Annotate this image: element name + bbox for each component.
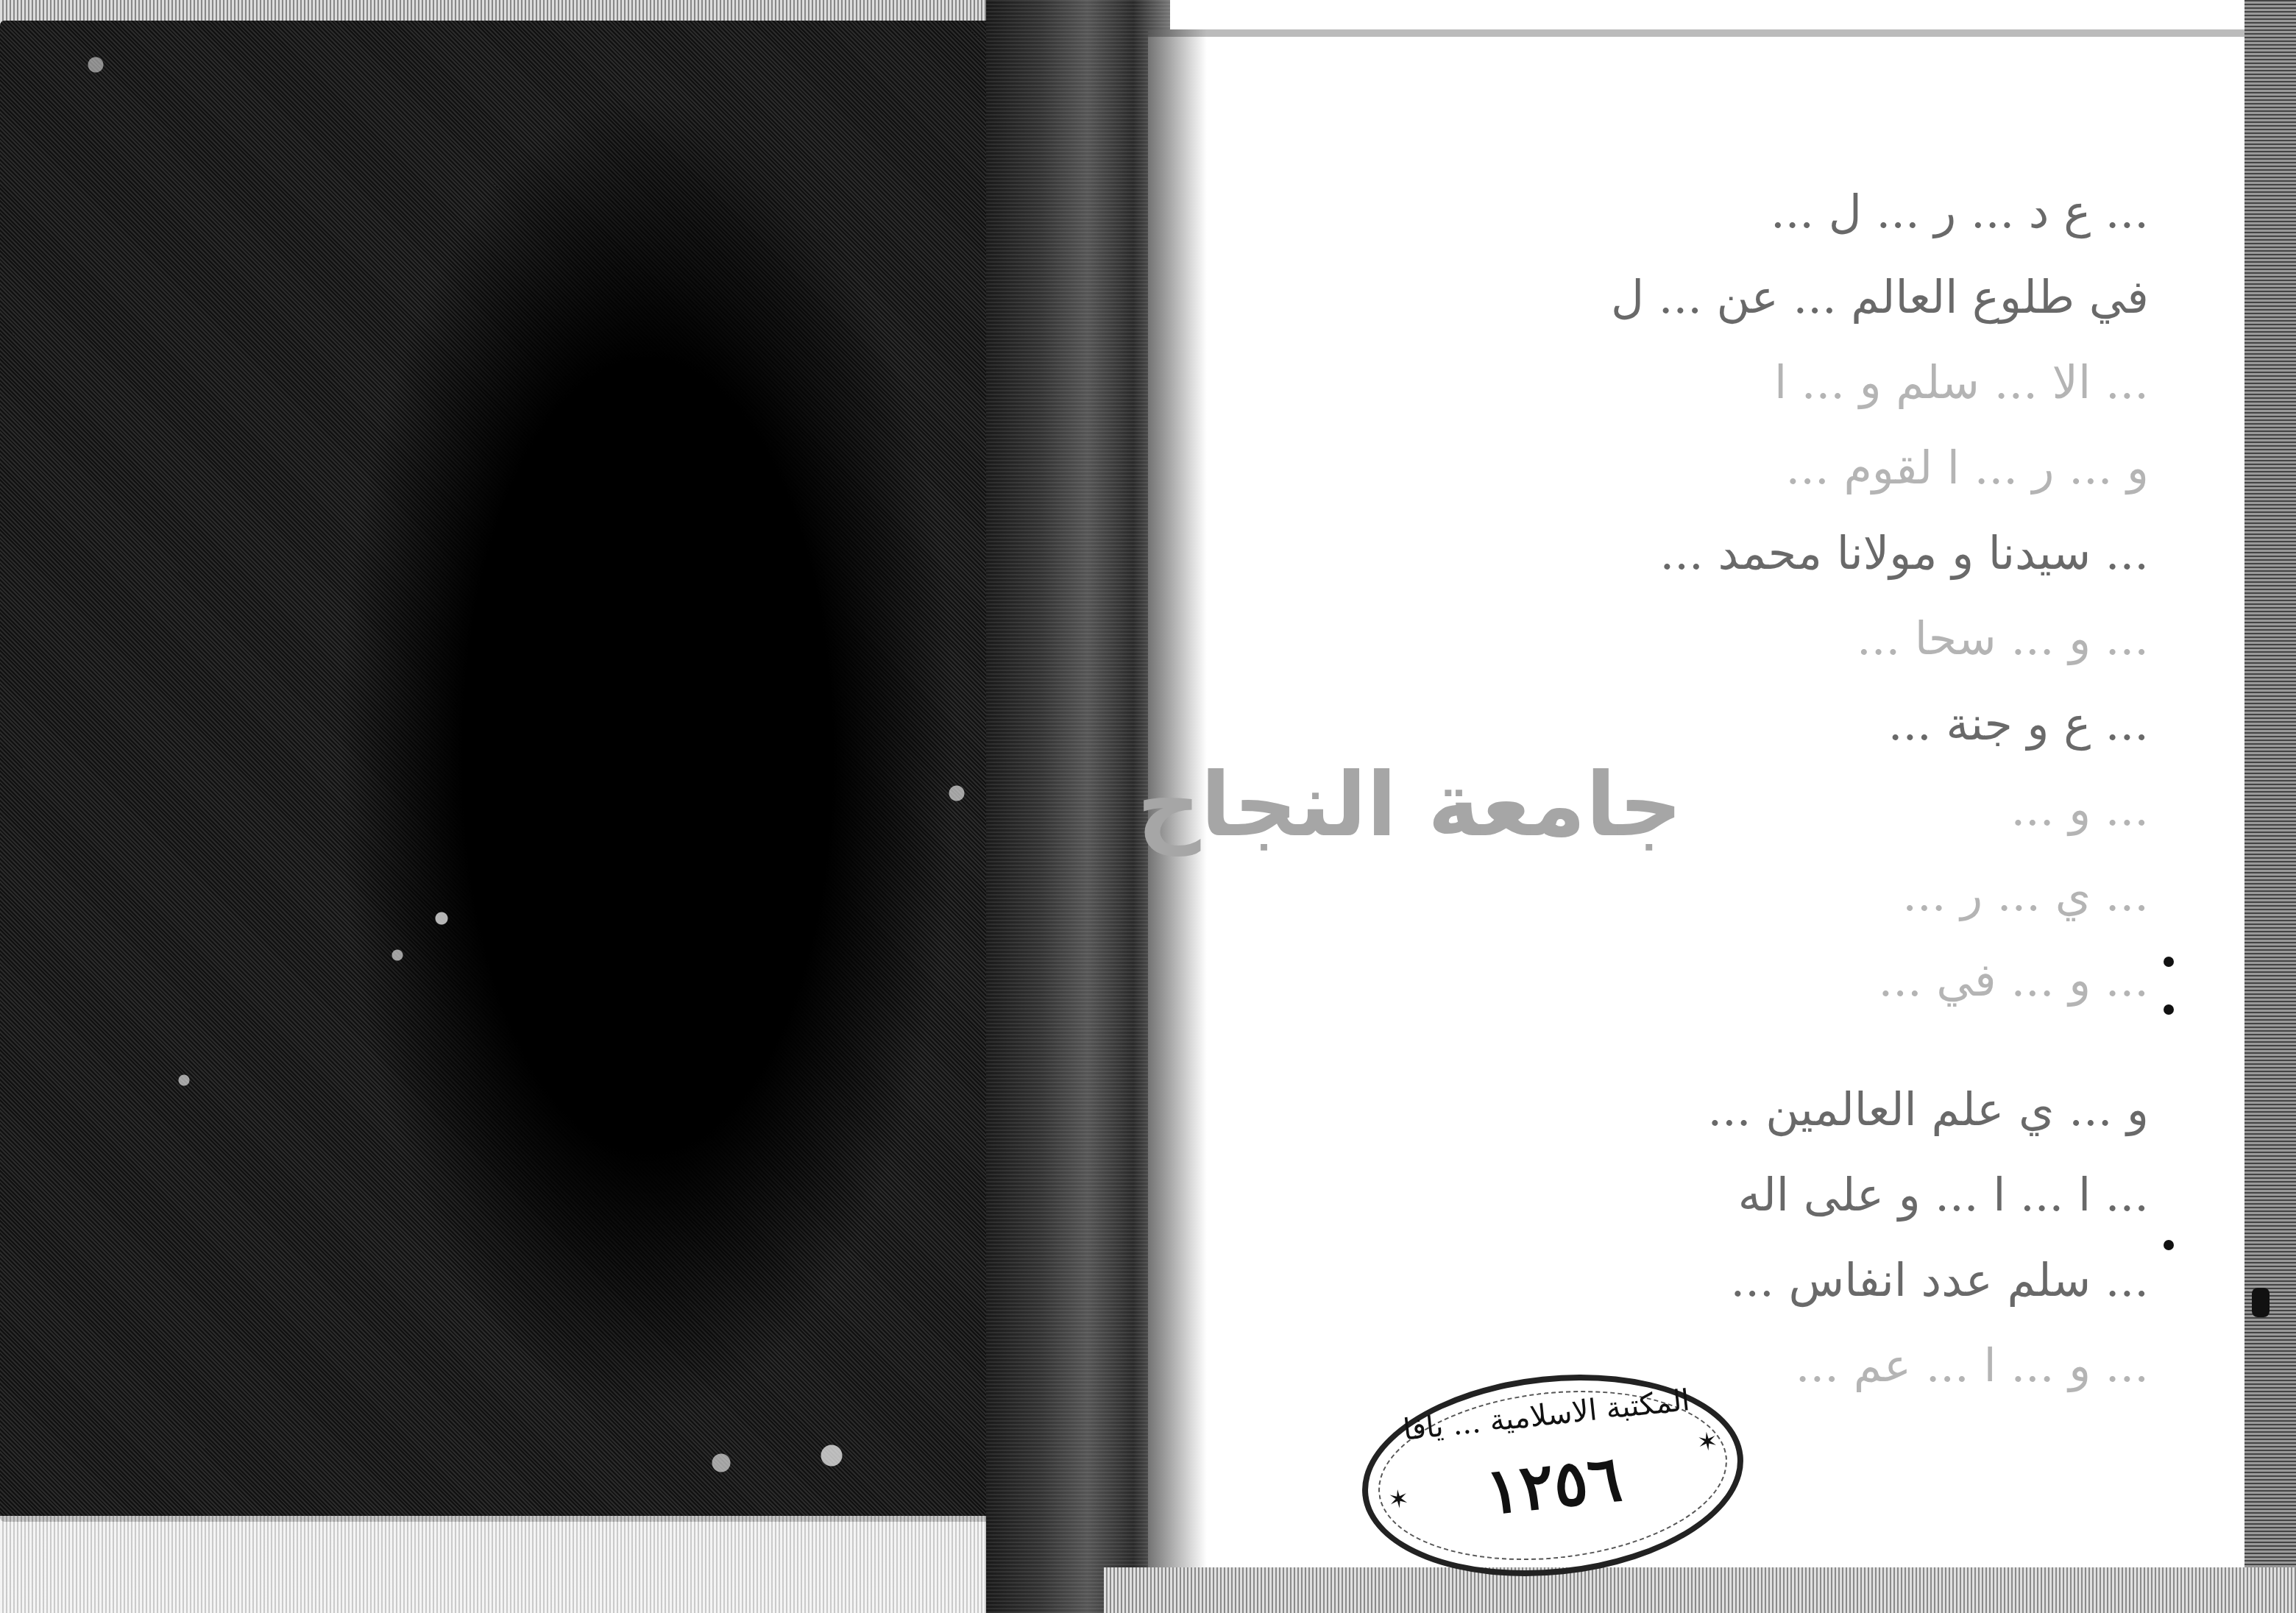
manuscript-line: ... ا ... ا ... و على اله xyxy=(1207,1152,2149,1238)
university-watermark: جامعة النجاح xyxy=(1137,754,1682,857)
manuscript-line: ... سيدنا و مولانا محمد ... xyxy=(1207,511,2149,596)
margin-dot xyxy=(2164,1240,2174,1250)
book-cover xyxy=(0,21,1008,1522)
manuscript-line: ... و ... سحا ... xyxy=(1207,596,2149,681)
page-bottom-edge xyxy=(1104,1567,2296,1613)
margin-dot xyxy=(2164,957,2174,967)
manuscript-line: ... سلم عدد انفاس ... xyxy=(1207,1238,2149,1323)
cover-bottom-edge xyxy=(0,1516,1016,1613)
manuscript-line: ... ع د ... ر ... ل ... xyxy=(1207,169,2149,255)
margin-dot xyxy=(2252,1288,2270,1317)
manuscript-line: ... ي ... ر ... xyxy=(1207,852,2149,937)
manuscript-line: في طلوع العالم ... عن ... ل xyxy=(1207,255,2149,340)
star-icon: ✶ xyxy=(1696,1426,1720,1458)
cover-top-edge xyxy=(0,0,1030,22)
manuscript-line: و ... ي علم العالمين ... xyxy=(1207,1067,2149,1152)
manuscript-line: ... الا ... سلم و ... ا xyxy=(1207,340,2149,425)
margin-dot xyxy=(2164,1004,2174,1015)
page-right-edge xyxy=(2244,0,2296,1613)
manuscript-line: ... و ... في ... xyxy=(1207,937,2149,1023)
star-icon: ✶ xyxy=(1386,1484,1411,1516)
manuscript-line: و ... ر ... ا لقوم ... xyxy=(1207,425,2149,511)
